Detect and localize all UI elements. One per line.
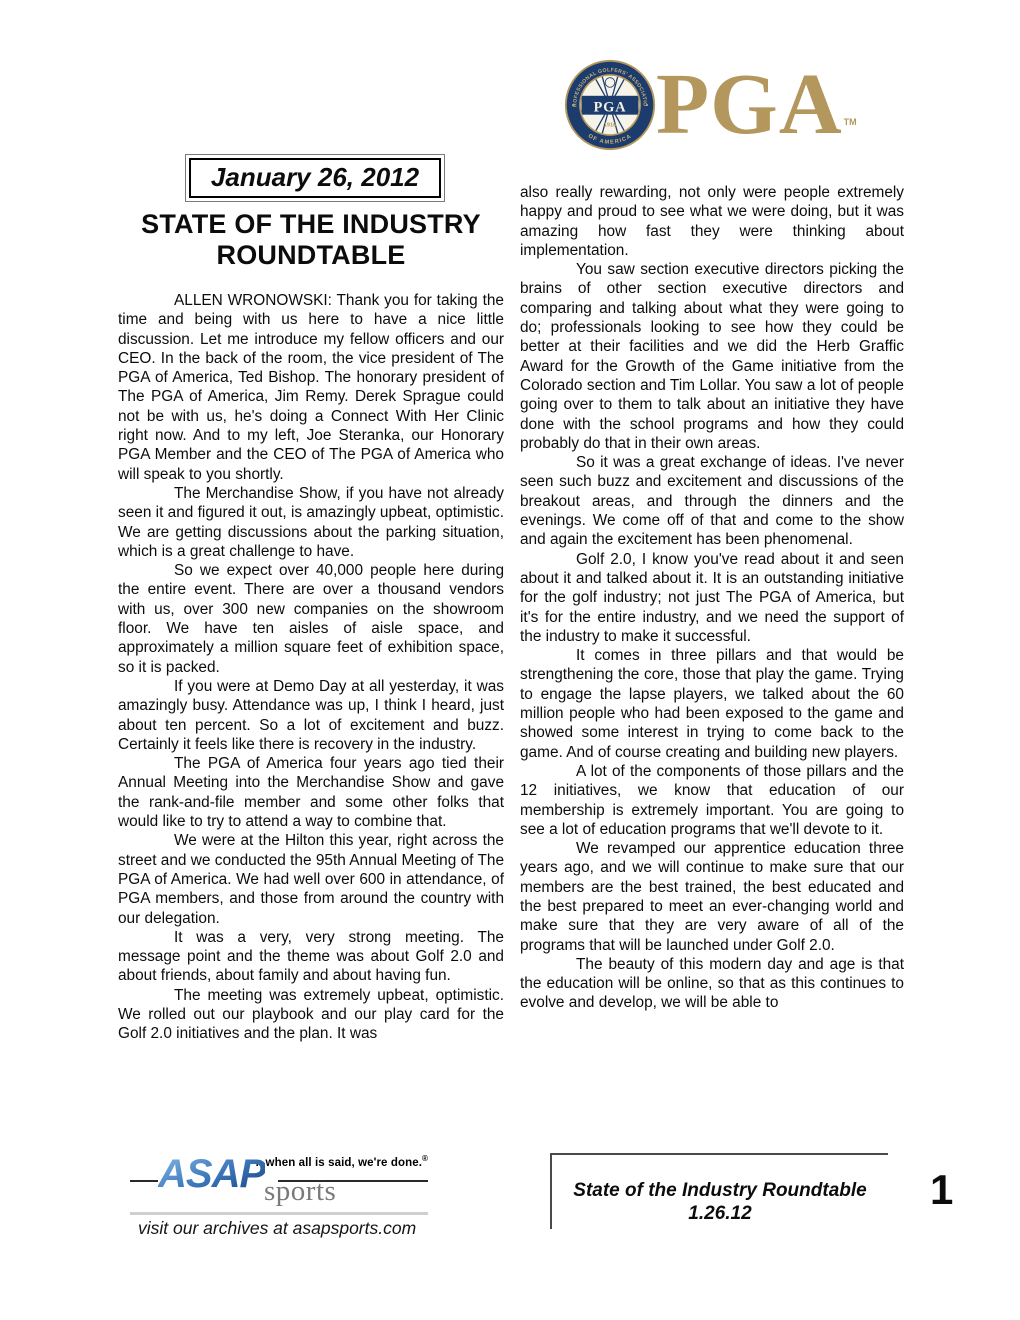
paragraph-continuation: also really rewarding, not only were peo… <box>520 183 904 260</box>
left-column: ALLEN WRONOWSKI: Thank you for taking th… <box>118 291 504 1143</box>
paragraph: The PGA of America four years ago tied t… <box>118 754 504 831</box>
paragraph: It comes in three pillars and that would… <box>520 646 904 762</box>
date-box: January 26, 2012 <box>185 154 445 202</box>
page-title: STATE OF THE INDUSTRY ROUNDTABLE <box>118 209 504 271</box>
paragraph: We revamped our apprentice education thr… <box>520 839 904 955</box>
pga-wordmark: PGA <box>656 55 843 152</box>
paragraph: The Merchandise Show, if you have not al… <box>118 484 504 561</box>
paragraph: A lot of the components of those pillars… <box>520 762 904 839</box>
trademark-symbol: TM <box>844 117 857 127</box>
pga-seal-icon: PGA 1916 PROFESSIONAL GOLFERS' ASSOCIATI… <box>564 59 656 151</box>
paragraph: We were at the Hilton this year, right a… <box>118 831 504 927</box>
asap-archives-link: visit our archives at asapsports.com <box>138 1218 416 1239</box>
asap-sports-text: sports <box>264 1174 336 1208</box>
paragraph: It was a very, very strong meeting. The … <box>118 928 504 986</box>
paragraph: You saw section executive directors pick… <box>520 260 904 453</box>
asap-tagline-text: ...when all is said, we're done. <box>256 1157 422 1169</box>
seal-monogram: PGA <box>594 99 627 115</box>
paragraph: The meeting was extremely upbeat, optimi… <box>118 986 504 1044</box>
paragraph: Golf 2.0, I know you've read about it an… <box>520 550 904 646</box>
footer-doc-date: 1.26.12 <box>552 1202 888 1225</box>
registered-symbol: ® <box>422 1154 428 1163</box>
paragraph: So it was a great exchange of ideas. I'v… <box>520 453 904 549</box>
asap-tagline: ...when all is said, we're done.® <box>256 1154 428 1169</box>
date-text: January 26, 2012 <box>189 158 441 198</box>
asap-divider <box>130 1212 428 1215</box>
title-line2: ROUNDTABLE <box>118 240 504 271</box>
pga-logo: PGA 1916 PROFESSIONAL GOLFERS' ASSOCIATI… <box>560 56 890 152</box>
paragraph: ALLEN WRONOWSKI: Thank you for taking th… <box>118 291 504 484</box>
paragraph: If you were at Demo Day at all yesterday… <box>118 677 504 754</box>
asap-sports-logo: ...when all is said, we're done.® ASAP s… <box>130 1148 428 1248</box>
right-column: also really rewarding, not only were peo… <box>520 183 904 1113</box>
paragraph: The beauty of this modern day and age is… <box>520 955 904 1013</box>
footer-doc-title: State of the Industry Roundtable <box>552 1179 888 1202</box>
page-number: 1 <box>930 1167 953 1213</box>
asap-rule-left <box>130 1180 158 1182</box>
seal-year: 1916 <box>604 123 617 129</box>
paragraph: So we expect over 40,000 people here dur… <box>118 561 504 677</box>
footer-doc-box: State of the Industry Roundtable 1.26.12 <box>550 1153 888 1229</box>
title-line1: STATE OF THE INDUSTRY <box>118 209 504 240</box>
asap-brand-text: ASAP <box>158 1150 265 1198</box>
